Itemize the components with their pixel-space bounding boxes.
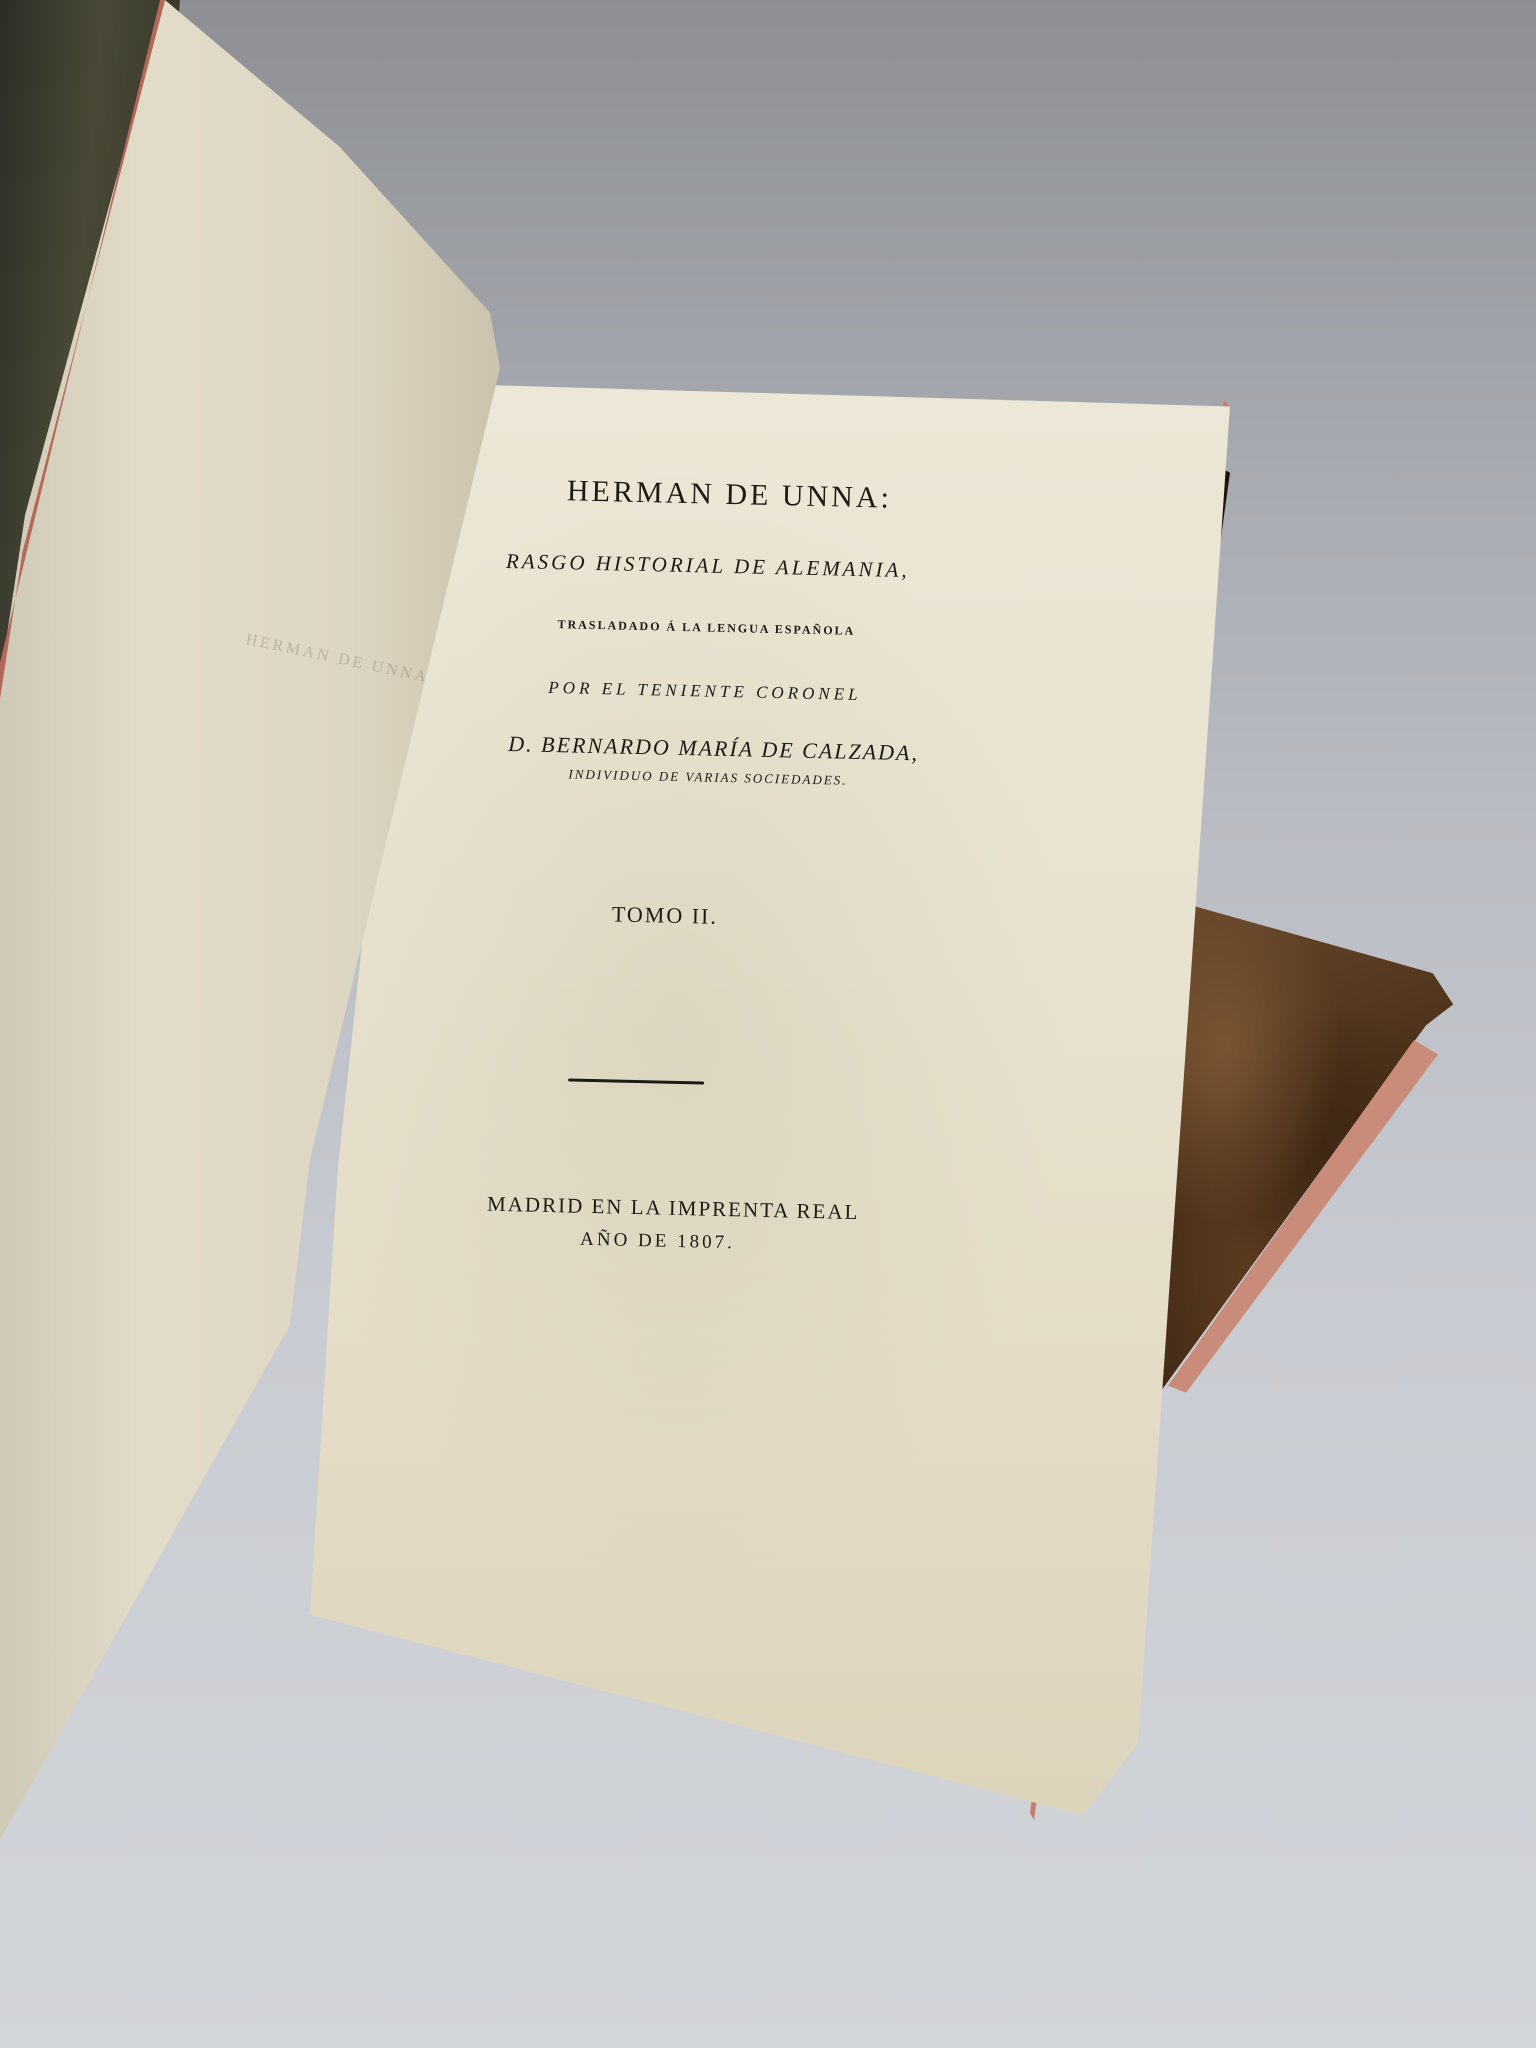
by-line: POR EL TENIENTE CORONEL [425,675,1025,709]
book-subtitle: RASGO HISTORIAL DE ALEMANIA, [428,547,1028,586]
title-page-text: HERMAN DE UNNA: RASGO HISTORIAL DE ALEMA… [412,463,1030,1260]
book-title: HERMAN DE UNNA: [429,471,1030,519]
author-name: D. BERNARDO MARÍA DE CALZADA, [423,729,1023,769]
translation-note: TRASLADADO Á LA LENGUA ESPAÑOLA [426,614,1026,643]
imprint-line: MADRID EN LA IMPRENTA REAL [413,1190,1013,1229]
volume-number: TOMO II. [420,897,1020,937]
decorative-rule [568,1078,704,1084]
book-photo-scene: HERMAN DE UNNA HERMAN DE UNNA: RASGO HIS… [0,0,1536,2048]
author-note: INDIVIDUO DE VARIAS SOCIEDADES. [423,763,1023,793]
